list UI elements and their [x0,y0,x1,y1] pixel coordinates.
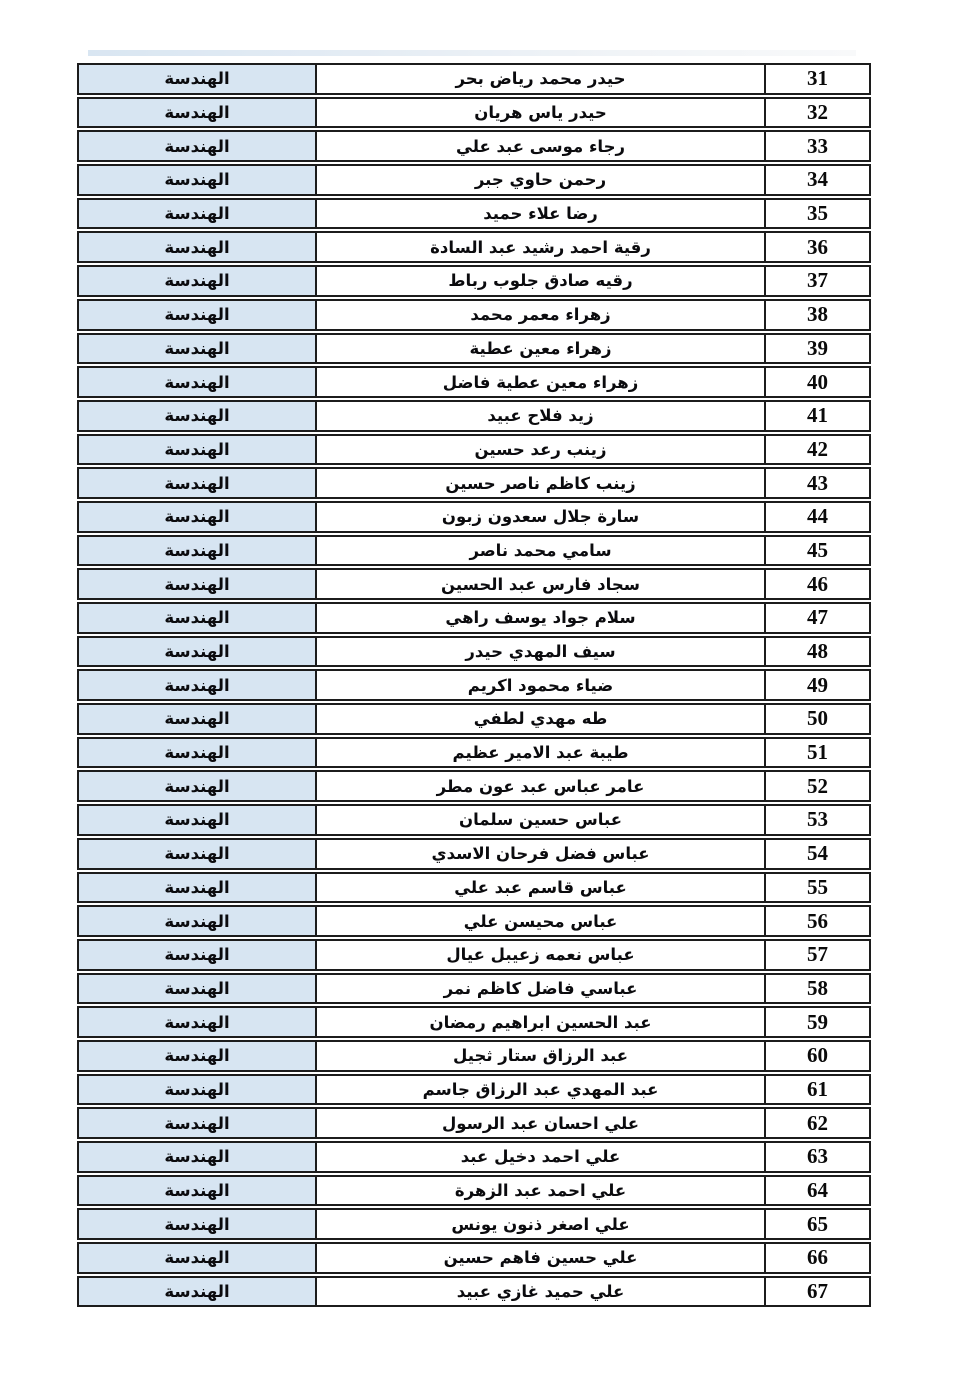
serial-number-cell: 51 [764,737,871,769]
student-name-cell: عبد الحسين ابراهيم رمضان [315,1006,766,1038]
department-cell: الهندسة [77,1208,317,1240]
cropped-previous-row-remnant [88,50,856,56]
table-row: 59 عبد الحسين ابراهيم رمضان الهندسة [77,1006,871,1038]
department-cell: الهندسة [77,400,317,432]
department-cell: الهندسة [77,602,317,634]
table-row: 55 عباس قاسم عبد علي الهندسة [77,872,871,904]
serial-number-cell: 64 [764,1175,871,1207]
student-name-cell: عبد المهدي عبد الرزاق جاسم [315,1074,766,1106]
department-cell: الهندسة [77,198,317,230]
table-row: 33 رجاء موسى عبد علي الهندسة [77,130,871,162]
table-row: 36 رقية احمد رشيد عبد السادة الهندسة [77,231,871,263]
table-row: 47 سلام جواد يوسف راهي الهندسة [77,602,871,634]
table-row: 39 زهراء معين عطية الهندسة [77,333,871,365]
table-row: 56 عباس محيسن علي الهندسة [77,905,871,937]
department-cell: الهندسة [77,501,317,533]
table-row: 58 عباسي فاضل كاظم نمر الهندسة [77,973,871,1005]
table-row: 49 ضياء محمود اكريم الهندسة [77,669,871,701]
serial-number-cell: 67 [764,1276,871,1308]
serial-number-cell: 62 [764,1107,871,1139]
serial-number-cell: 39 [764,333,871,365]
student-name-cell: سجاد فارس عبد الحسين [315,568,766,600]
table-row: 32 حيدر ياس هريان الهندسة [77,97,871,129]
department-cell: الهندسة [77,1276,317,1308]
department-cell: الهندسة [77,838,317,870]
student-name-cell: زهراء معين عطية فاضل [315,366,766,398]
student-name-cell: عبد الرزاق ستار ثجيل [315,1040,766,1072]
department-cell: الهندسة [77,1141,317,1173]
serial-number-cell: 54 [764,838,871,870]
table-row: 42 زينب رعد حسين الهندسة [77,434,871,466]
table-row: 51 طيبة عبد الامير عظيم الهندسة [77,737,871,769]
serial-number-cell: 37 [764,265,871,297]
serial-number-cell: 47 [764,602,871,634]
table-row: 50 طه مهدي لطفي الهندسة [77,703,871,735]
table-row: 63 علي احمد دخيل عبد الهندسة [77,1141,871,1173]
student-name-cell: عامر عباس عبد عون مطر [315,770,766,802]
serial-number-cell: 41 [764,400,871,432]
department-cell: الهندسة [77,130,317,162]
department-cell: الهندسة [77,299,317,331]
table-row: 43 زينب كاظم ناصر حسين الهندسة [77,467,871,499]
department-cell: الهندسة [77,939,317,971]
student-name-cell: سيف المهدي حيدر [315,636,766,668]
student-name-cell: زهراء معمر محمد [315,299,766,331]
table-row: 65 علي اصغر ذنون يونس الهندسة [77,1208,871,1240]
serial-number-cell: 40 [764,366,871,398]
student-name-cell: علي احمد عبد الزهرة [315,1175,766,1207]
department-cell: الهندسة [77,97,317,129]
department-cell: الهندسة [77,804,317,836]
student-name-cell: طيبة عبد الامير عظيم [315,737,766,769]
student-name-cell: عباس حسين سلمان [315,804,766,836]
student-name-cell: رقية احمد رشيد عبد السادة [315,231,766,263]
table-row: 53 عباس حسين سلمان الهندسة [77,804,871,836]
department-cell: الهندسة [77,467,317,499]
serial-number-cell: 43 [764,467,871,499]
serial-number-cell: 36 [764,231,871,263]
department-cell: الهندسة [77,703,317,735]
serial-number-cell: 59 [764,1006,871,1038]
department-cell: الهندسة [77,231,317,263]
serial-number-cell: 34 [764,164,871,196]
department-cell: الهندسة [77,770,317,802]
student-name-cell: سامي محمد ناصر [315,535,766,567]
student-name-cell: حيدر محمد رياض بحر [315,63,766,95]
table-row: 44 سارة جلال سعدون زبون الهندسة [77,501,871,533]
student-name-cell: سارة جلال سعدون زبون [315,501,766,533]
department-cell: الهندسة [77,973,317,1005]
department-cell: الهندسة [77,63,317,95]
serial-number-cell: 66 [764,1242,871,1274]
student-name-cell: علي احمد دخيل عبد [315,1141,766,1173]
table-row: 37 رقيه صادق جلوب رباط الهندسة [77,265,871,297]
student-name-cell: رقيه صادق جلوب رباط [315,265,766,297]
table-row: 38 زهراء معمر محمد الهندسة [77,299,871,331]
serial-number-cell: 57 [764,939,871,971]
department-cell: الهندسة [77,1074,317,1106]
serial-number-cell: 61 [764,1074,871,1106]
department-cell: الهندسة [77,1006,317,1038]
department-cell: الهندسة [77,333,317,365]
serial-number-cell: 60 [764,1040,871,1072]
student-name-cell: زيد فلاح عبيد [315,400,766,432]
serial-number-cell: 42 [764,434,871,466]
department-cell: الهندسة [77,669,317,701]
student-name-cell: عباس قاسم عبد علي [315,872,766,904]
student-name-cell: عباس فضل فرحان الاسدي [315,838,766,870]
serial-number-cell: 65 [764,1208,871,1240]
department-cell: الهندسة [77,1242,317,1274]
table-row: 40 زهراء معين عطية فاضل الهندسة [77,366,871,398]
table-row: 57 عباس نعمه زعيبل عيال الهندسة [77,939,871,971]
table-row: 61 عبد المهدي عبد الرزاق جاسم الهندسة [77,1074,871,1106]
department-cell: الهندسة [77,535,317,567]
student-name-cell: طه مهدي لطفي [315,703,766,735]
student-table: 31 حيدر محمد رياض بحر الهندسة 32 حيدر يا… [77,63,871,1307]
table-row: 54 عباس فضل فرحان الاسدي الهندسة [77,838,871,870]
serial-number-cell: 33 [764,130,871,162]
serial-number-cell: 49 [764,669,871,701]
student-name-cell: زينب رعد حسين [315,434,766,466]
table-row: 64 علي احمد عبد الزهرة الهندسة [77,1175,871,1207]
student-name-cell: سلام جواد يوسف راهي [315,602,766,634]
student-name-cell: عباس محيسن علي [315,905,766,937]
serial-number-cell: 56 [764,905,871,937]
student-name-cell: زينب كاظم ناصر حسين [315,467,766,499]
serial-number-cell: 53 [764,804,871,836]
student-name-cell: علي حسين فاهم حسين [315,1242,766,1274]
student-name-cell: حيدر ياس هريان [315,97,766,129]
serial-number-cell: 35 [764,198,871,230]
table-row: 31 حيدر محمد رياض بحر الهندسة [77,63,871,95]
department-cell: الهندسة [77,366,317,398]
department-cell: الهندسة [77,636,317,668]
student-name-cell: علي احسان عبد الرسول [315,1107,766,1139]
table-row: 48 سيف المهدي حيدر الهندسة [77,636,871,668]
student-name-cell: زهراء معين عطية [315,333,766,365]
department-cell: الهندسة [77,872,317,904]
table-row: 67 علي حميد غازي عبيد الهندسة [77,1276,871,1308]
table-row: 35 رضا علاء حميد الهندسة [77,198,871,230]
student-name-cell: علي حميد غازي عبيد [315,1276,766,1308]
department-cell: الهندسة [77,1175,317,1207]
student-name-cell: رجاء موسى عبد علي [315,130,766,162]
serial-number-cell: 58 [764,973,871,1005]
serial-number-cell: 63 [764,1141,871,1173]
student-name-cell: ضياء محمود اكريم [315,669,766,701]
student-name-cell: عباسي فاضل كاظم نمر [315,973,766,1005]
department-cell: الهندسة [77,1107,317,1139]
serial-number-cell: 31 [764,63,871,95]
student-name-cell: عباس نعمه زعيبل عيال [315,939,766,971]
scanned-document-page: 31 حيدر محمد رياض بحر الهندسة 32 حيدر يا… [0,0,960,1384]
student-name-cell: رضا علاء حميد [315,198,766,230]
table-row: 41 زيد فلاح عبيد الهندسة [77,400,871,432]
serial-number-cell: 46 [764,568,871,600]
table-row: 52 عامر عباس عبد عون مطر الهندسة [77,770,871,802]
table-row: 62 علي احسان عبد الرسول الهندسة [77,1107,871,1139]
serial-number-cell: 38 [764,299,871,331]
serial-number-cell: 52 [764,770,871,802]
table-row: 34 رحمن حاوي جبر الهندسة [77,164,871,196]
department-cell: الهندسة [77,434,317,466]
department-cell: الهندسة [77,265,317,297]
department-cell: الهندسة [77,905,317,937]
serial-number-cell: 45 [764,535,871,567]
serial-number-cell: 50 [764,703,871,735]
department-cell: الهندسة [77,568,317,600]
department-cell: الهندسة [77,1040,317,1072]
table-row: 66 علي حسين فاهم حسين الهندسة [77,1242,871,1274]
table-row: 60 عبد الرزاق ستار ثجيل الهندسة [77,1040,871,1072]
table-row: 45 سامي محمد ناصر الهندسة [77,535,871,567]
table-row: 46 سجاد فارس عبد الحسين الهندسة [77,568,871,600]
student-name-cell: رحمن حاوي جبر [315,164,766,196]
serial-number-cell: 48 [764,636,871,668]
serial-number-cell: 55 [764,872,871,904]
serial-number-cell: 32 [764,97,871,129]
department-cell: الهندسة [77,737,317,769]
department-cell: الهندسة [77,164,317,196]
student-name-cell: علي اصغر ذنون يونس [315,1208,766,1240]
serial-number-cell: 44 [764,501,871,533]
